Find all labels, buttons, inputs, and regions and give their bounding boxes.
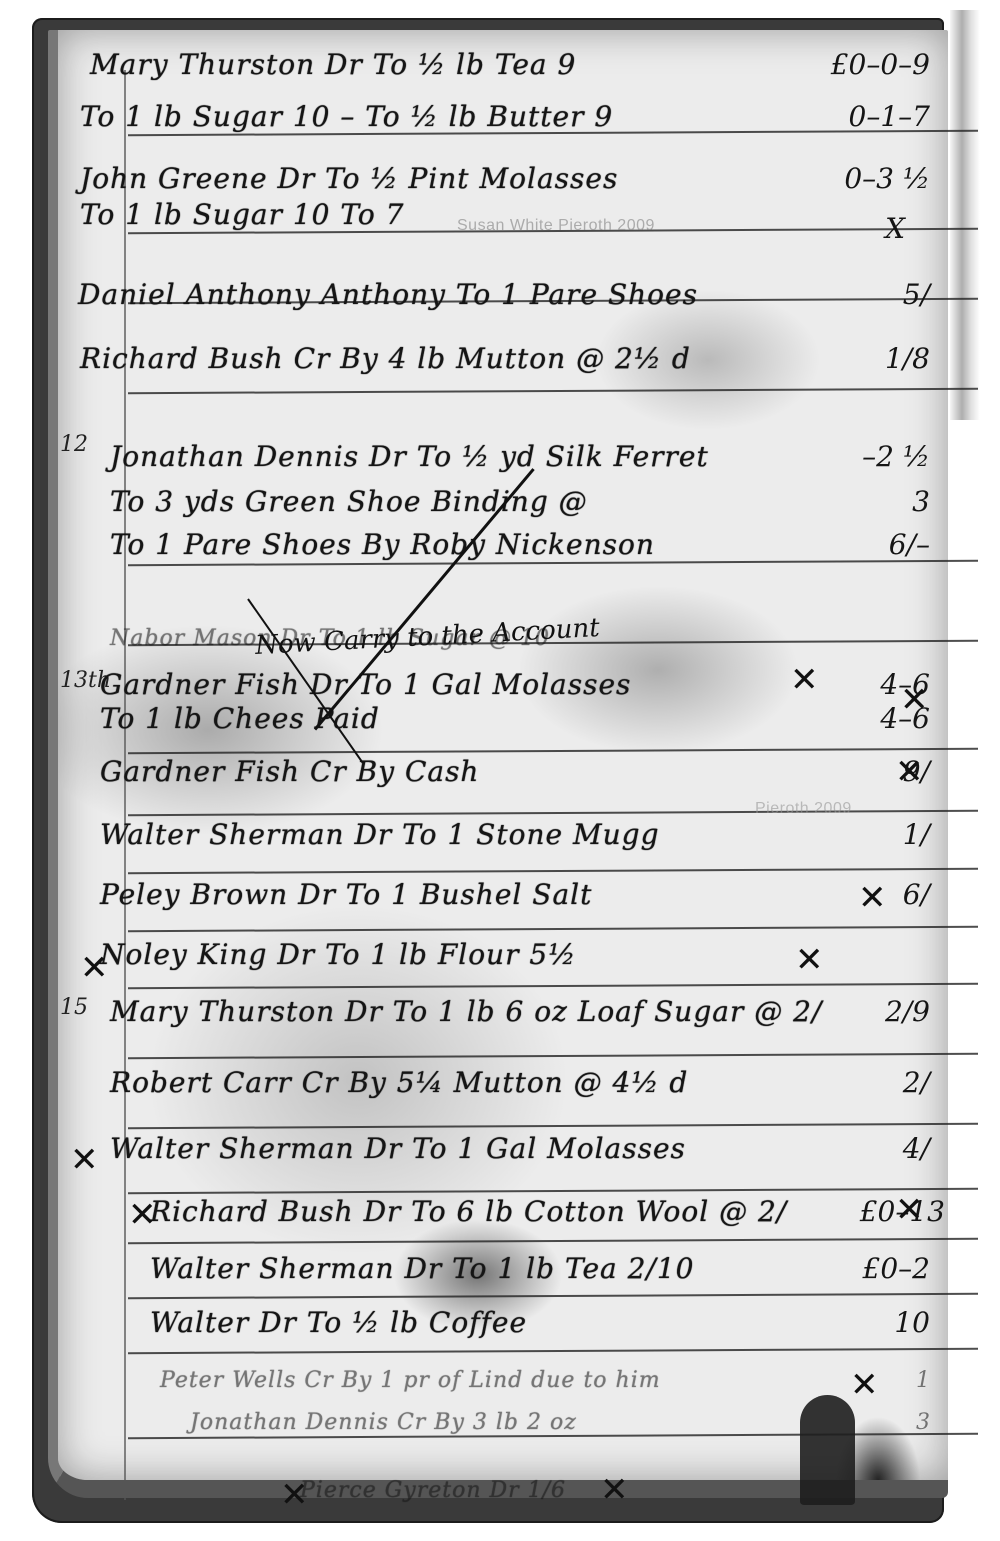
ledger-entry: To 1 Pare Shoes By Roby Nickenson (110, 528, 860, 561)
ruled-line (128, 748, 978, 754)
ledger-entry: John Greene Dr To ½ Pint Molasses (80, 162, 860, 195)
entry-amount: 6/ (903, 878, 930, 911)
ruled-line (128, 926, 978, 932)
ledger-entry: Jonathan Dennis Dr To ½ yd Silk Ferret (110, 440, 860, 473)
ledger-entry: Walter Sherman Dr To 1 Stone Mugg (100, 818, 860, 851)
ruled-line (128, 1293, 978, 1299)
ruled-line (128, 1053, 978, 1059)
ledger-entry: To 1 lb Chees Paid (100, 702, 860, 735)
entry-amount: 1/ (903, 818, 930, 851)
entry-amount: 0–3 ½ (844, 162, 930, 195)
watermark: Susan White Pieroth 2009 (457, 217, 655, 235)
ruled-line (128, 983, 978, 989)
entry-amount: 6/– (889, 528, 930, 561)
ledger-entry: Mary Thurston Dr To ½ lb Tea 9 (90, 48, 860, 81)
x-mark-icon: ✕ (128, 1195, 157, 1235)
ruled-line (128, 1348, 978, 1354)
entry-amount: 2/ (903, 1066, 930, 1099)
entry-amount: 1 (916, 1368, 930, 1393)
ruled-line (128, 1238, 978, 1244)
ledger-entry: Walter Sherman Dr To 1 lb Tea 2/10 (150, 1252, 860, 1285)
ledger-entry: Walter Dr To ½ lb Coffee (150, 1306, 860, 1339)
book-spine (950, 10, 980, 420)
ledger-entry: Noley King Dr To 1 lb Flour 5½ (100, 938, 860, 971)
ledger-entry: Pierce Gyreton Dr 1/6 (300, 1478, 860, 1503)
x-mark-icon: ✕ (858, 878, 887, 918)
ledger-entry: Jonathan Dennis Cr By 3 lb 2 oz (190, 1410, 860, 1435)
x-mark-icon: ✕ (895, 1190, 924, 1230)
entry-amount: £0–2 (863, 1252, 930, 1285)
x-mark-icon: ✕ (795, 940, 824, 980)
ruled-line (128, 1188, 978, 1194)
x-mark-icon: ✕ (850, 1365, 879, 1405)
entry-amount: 5/ (903, 278, 930, 311)
ledger-entry: To 1 lb Sugar 10 – To ½ lb Butter 9 (80, 100, 860, 133)
ruled-line (128, 1123, 978, 1129)
entry-amount: 0–1–7 (849, 100, 930, 133)
ledger-entry: To 3 yds Green Shoe Binding @ (110, 485, 860, 518)
entry-date: 15 (60, 995, 88, 1020)
ledger-entry: Daniel Anthony Anthony To 1 Pare Shoes (78, 278, 860, 311)
ledger-entry: Peter Wells Cr By 1 pr of Lind due to hi… (160, 1368, 860, 1393)
entry-amount: –2 ½ (862, 440, 930, 473)
watermark: Pieroth 2009 (755, 800, 852, 818)
x-mark-icon: ✕ (790, 660, 819, 700)
x-mark-icon: ✕ (280, 1475, 309, 1515)
x-mark-icon: ✕ (895, 752, 924, 792)
ledger-entry: Richard Bush Dr To 6 lb Cotton Wool @ 2/ (150, 1195, 860, 1228)
ledger-entry: Mary Thurston Dr To 1 lb 6 oz Loaf Sugar… (110, 995, 860, 1028)
ledger-entry: Gardner Fish Cr By Cash (100, 755, 860, 788)
entry-amount: 10 (894, 1306, 930, 1339)
entry-amount: £0–0–9 (831, 48, 930, 81)
x-mark-icon: ✕ (900, 680, 929, 720)
entry-amount: 4/ (903, 1132, 930, 1165)
ruled-line (128, 868, 978, 874)
ledger-entry: Walter Sherman Dr To 1 Gal Molasses (110, 1132, 860, 1165)
ledger-entry: Robert Carr Cr By 5¼ Mutton @ 4½ d (110, 1066, 860, 1099)
entry-amount: 1/8 (885, 342, 930, 375)
ledger-entry: Gardner Fish Dr To 1 Gal Molasses (100, 668, 860, 701)
entry-amount: 2/9 (885, 995, 930, 1028)
x-mark-icon: ✕ (80, 948, 109, 988)
entry-date: 12 (60, 432, 88, 457)
ink-stain (800, 1395, 855, 1505)
ruled-line (128, 388, 978, 394)
entry-amount: 3 (916, 1410, 930, 1435)
ledger-entry: Peley Brown Dr To 1 Bushel Salt (100, 878, 860, 911)
x-mark-icon: ✕ (70, 1140, 99, 1180)
x-mark-icon: ✕ (600, 1470, 629, 1510)
paid-x-mark: X (885, 212, 905, 245)
entry-amount: 3 (912, 485, 930, 518)
ledger-entry: Richard Bush Cr By 4 lb Mutton @ 2½ d (80, 342, 860, 375)
